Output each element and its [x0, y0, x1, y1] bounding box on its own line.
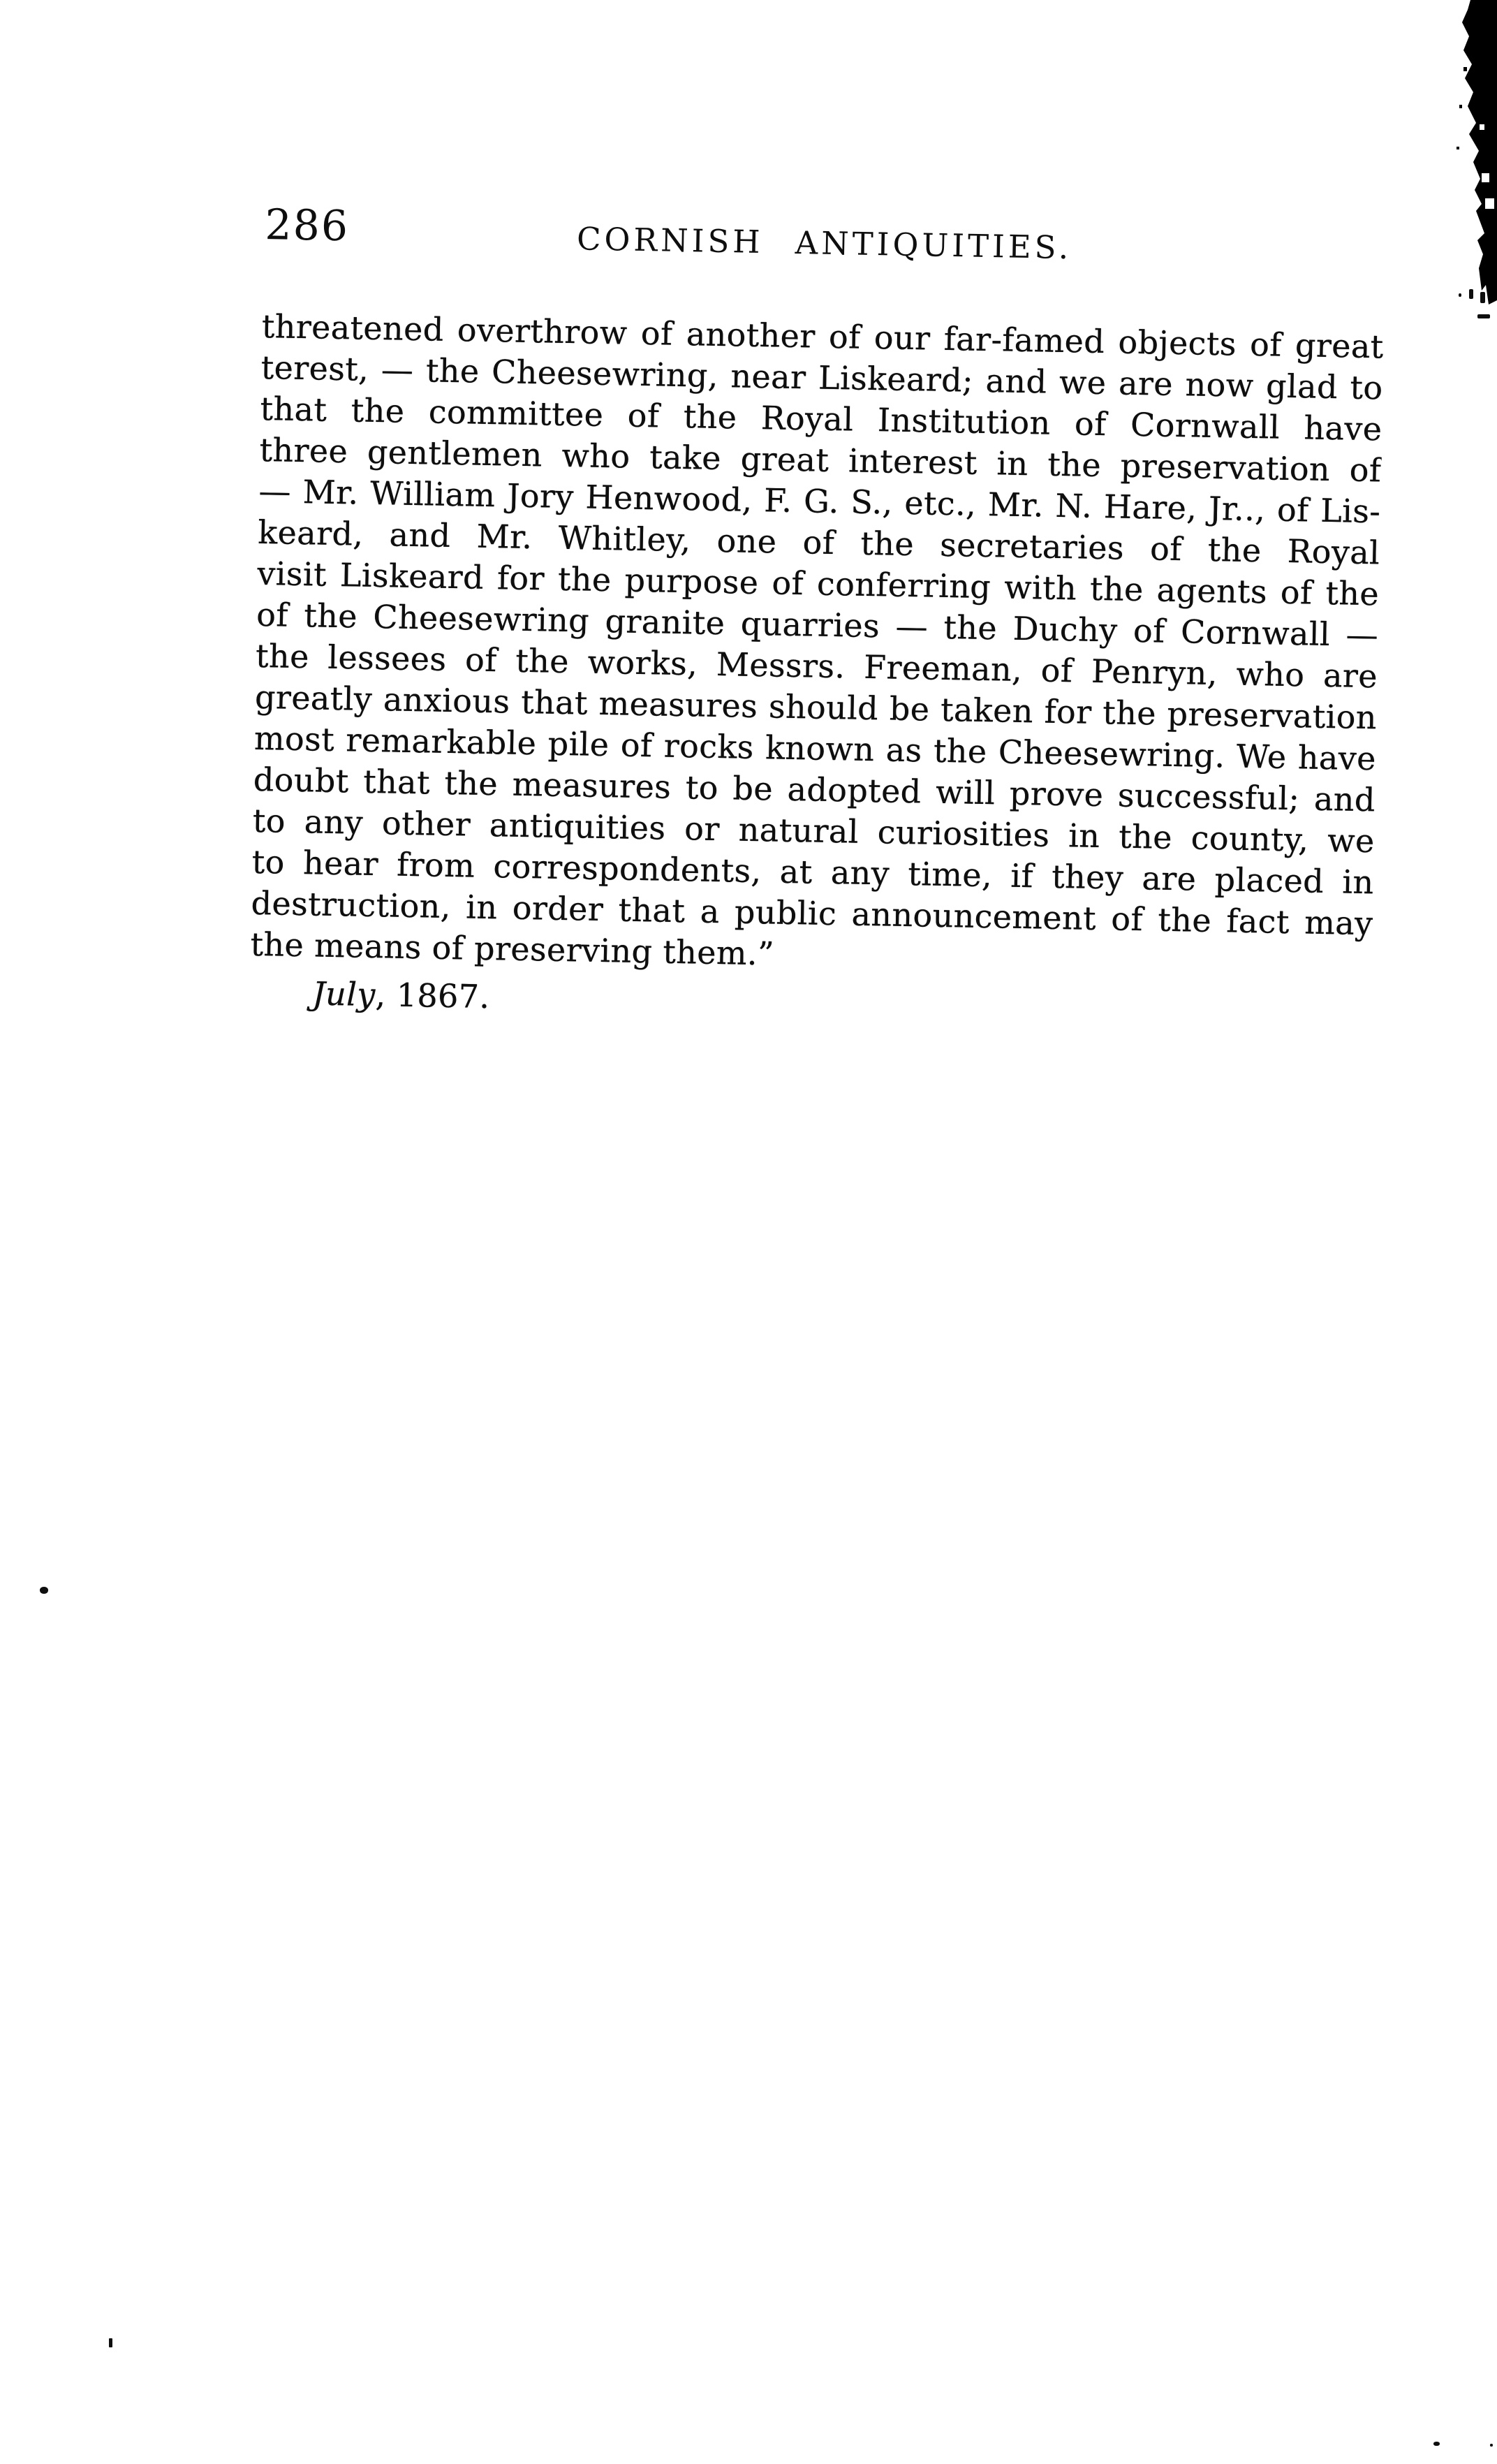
- ink-speck: [1477, 314, 1490, 318]
- ink-speck: [1459, 293, 1461, 297]
- ink-speck: [40, 1587, 48, 1594]
- scan-binding-artifact: [1447, 0, 1497, 328]
- date-month-italic: July: [312, 974, 376, 1013]
- printed-content: 286 CORNISH ANTIQUITIES. threatened over…: [249, 207, 1386, 1034]
- ink-speck: [1480, 292, 1485, 303]
- ink-speck: [1469, 289, 1473, 299]
- scanned-book-page: 286 CORNISH ANTIQUITIES. threatened over…: [0, 0, 1497, 2464]
- running-title: CORNISH ANTIQUITIES.: [263, 217, 1386, 270]
- ink-speck: [109, 2338, 112, 2347]
- page-header: 286 CORNISH ANTIQUITIES.: [263, 207, 1386, 272]
- body-paragraph: threatened overthrow of another of our f…: [249, 306, 1384, 1034]
- ink-speck: [1490, 2444, 1493, 2447]
- date-year: , 1867.: [375, 976, 490, 1015]
- ink-speck: [1433, 2442, 1440, 2446]
